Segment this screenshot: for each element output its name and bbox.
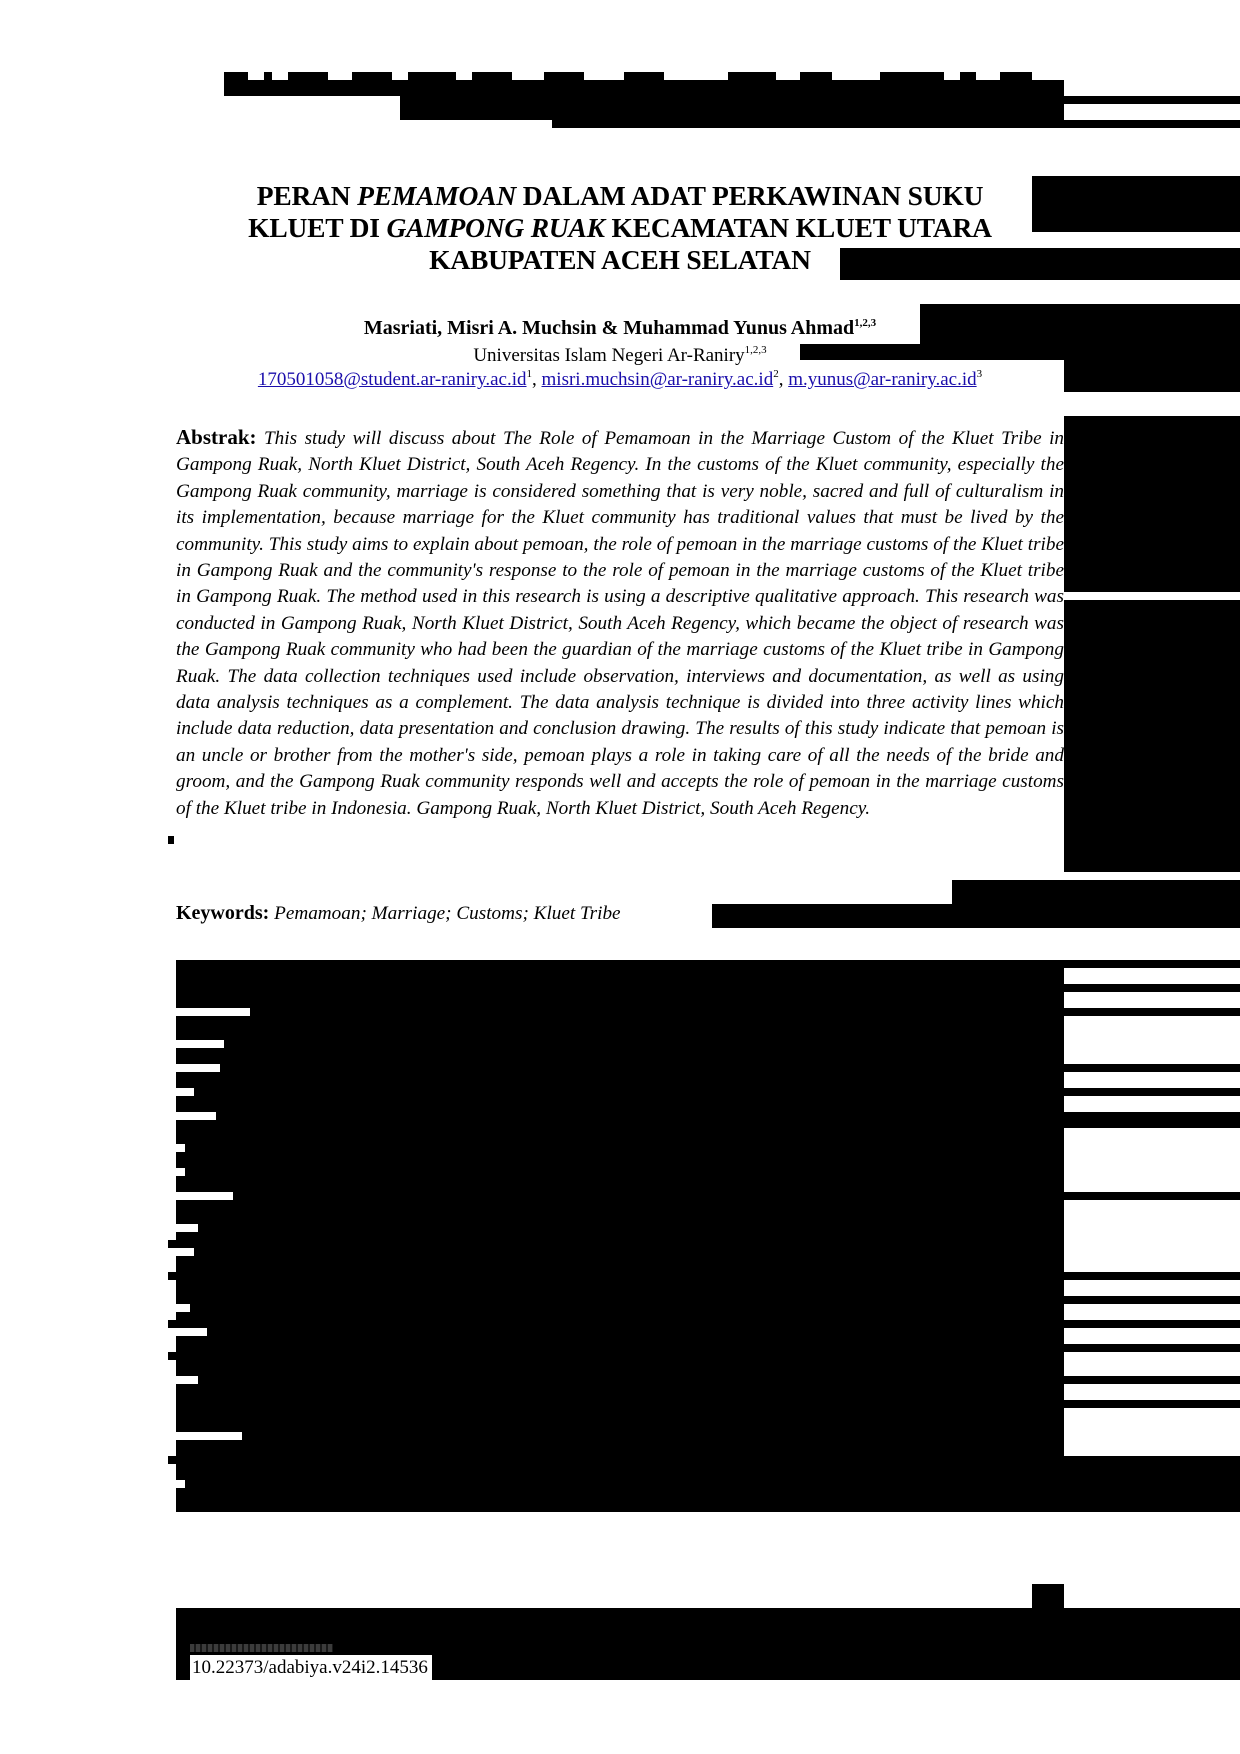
author-names: Masriati, Misri A. Muchsin & Muhammad Yu… xyxy=(364,317,854,339)
abstract: Abstrak: This study will discuss about T… xyxy=(176,424,1064,822)
redacted-body-right xyxy=(1064,1088,1240,1096)
redacted-page-number xyxy=(1032,1584,1064,1608)
abstract-text: This study will discuss about The Role o… xyxy=(176,428,1064,819)
redacted-body xyxy=(176,960,1064,1512)
email-link-3[interactable]: m.yunus@ar-raniry.ac.id xyxy=(788,369,976,390)
doi-text[interactable]: 10.22373/adabiya.v24i2.14536 xyxy=(190,1655,432,1680)
email-mark: 3 xyxy=(977,368,983,380)
author-affiliation-marks: 1,2,3 xyxy=(854,317,876,329)
title-text: KABUPATEN ACEH SELATAN xyxy=(429,244,811,275)
header-notch xyxy=(456,72,472,80)
redacted-body-right xyxy=(1064,960,1240,968)
redacted-header xyxy=(1064,120,1240,128)
footer-journal-line xyxy=(190,1644,333,1652)
body-line-gap xyxy=(176,1328,207,1336)
redacted-body-right xyxy=(1064,1344,1240,1352)
keywords-label: Keywords: xyxy=(176,902,269,924)
redacted-abstract-margin xyxy=(1064,600,1240,872)
redacted-title-area xyxy=(840,248,1240,280)
separator: , xyxy=(532,369,542,390)
redacted-body-right xyxy=(1064,1192,1240,1200)
redacted-abstract-margin xyxy=(1064,584,1240,592)
redacted-body-right xyxy=(1064,1272,1240,1280)
redacted-body-right xyxy=(1064,1064,1240,1072)
body-line-gap xyxy=(176,1432,242,1440)
redacted-abstract-margin xyxy=(1064,416,1240,584)
header-notch xyxy=(944,72,960,80)
redacted-margin-mark xyxy=(168,836,174,844)
abstract-label: Abstrak: xyxy=(176,425,257,449)
title-text: KLUET DI xyxy=(248,212,386,243)
body-line-gap xyxy=(176,1040,224,1048)
title-italic-term: GAMPONG RUAK xyxy=(386,212,604,243)
header-notch xyxy=(328,72,352,80)
keywords-values: Pemamoan; Marriage; Customs; Kluet Tribe xyxy=(274,903,620,924)
title-text: KECAMATAN KLUET UTARA xyxy=(605,212,992,243)
redacted-header xyxy=(1064,96,1240,104)
redacted-body-tail xyxy=(1064,1456,1240,1512)
body-line-gap xyxy=(176,1192,233,1200)
redacted-body-right xyxy=(1064,1320,1240,1328)
redacted-margin-mark xyxy=(168,1352,176,1360)
redacted-body-right xyxy=(1064,1112,1240,1128)
header-notch xyxy=(776,72,800,80)
redacted-margin-mark xyxy=(168,1240,176,1248)
header-notch xyxy=(584,72,624,80)
email-link-1[interactable]: 170501058@student.ar-raniry.ac.id xyxy=(258,369,527,390)
email-list: 170501058@student.ar-raniry.ac.id1, misr… xyxy=(0,368,1240,392)
redacted-body-right xyxy=(1064,1008,1240,1016)
title-text: PERAN xyxy=(257,180,357,211)
body-line-gap xyxy=(176,1224,198,1232)
title-italic-term: PEMAMOAN xyxy=(357,180,516,211)
body-line-gap xyxy=(176,1112,216,1120)
body-line-gap xyxy=(176,1480,185,1488)
redacted-author-area xyxy=(800,344,1240,360)
body-line-gap xyxy=(176,1376,198,1384)
body-line-gap xyxy=(176,1304,190,1312)
email-link-2[interactable]: misri.muchsin@ar-raniry.ac.id xyxy=(542,369,774,390)
redacted-body-right xyxy=(1064,1376,1240,1384)
redacted-body-right xyxy=(1064,1296,1240,1304)
redacted-body-right xyxy=(1064,1400,1240,1408)
affiliation-name: Universitas Islam Negeri Ar-Raniry xyxy=(473,345,744,366)
affiliation-marks: 1,2,3 xyxy=(745,344,767,356)
body-line-gap xyxy=(176,1088,194,1096)
header-notch xyxy=(832,72,880,80)
header-notch xyxy=(392,72,408,80)
header-notch xyxy=(664,72,728,80)
redacted-margin-mark xyxy=(168,1456,176,1464)
redacted-body-right xyxy=(1064,984,1240,992)
redacted-title-area xyxy=(1032,176,1240,232)
redacted-header xyxy=(400,96,1064,120)
body-line-gap xyxy=(176,1008,250,1016)
title-text: DALAM ADAT PERKAWINAN SUKU xyxy=(516,180,983,211)
body-line-gap xyxy=(176,1144,185,1152)
body-line-gap xyxy=(176,1248,194,1256)
redacted-margin-mark xyxy=(168,1272,176,1280)
redacted-author-area xyxy=(1064,360,1240,392)
redacted-keywords-end xyxy=(712,904,1240,928)
redacted-header xyxy=(552,120,1064,128)
header-notch xyxy=(272,72,288,80)
header-notch xyxy=(1032,72,1064,80)
header-notch xyxy=(976,72,1000,80)
header-notch xyxy=(512,72,544,80)
separator: , xyxy=(779,369,789,390)
header-notch xyxy=(248,72,264,80)
redacted-margin-mark xyxy=(168,1320,176,1328)
body-line-gap xyxy=(176,1064,220,1072)
body-line-gap xyxy=(176,1168,185,1176)
